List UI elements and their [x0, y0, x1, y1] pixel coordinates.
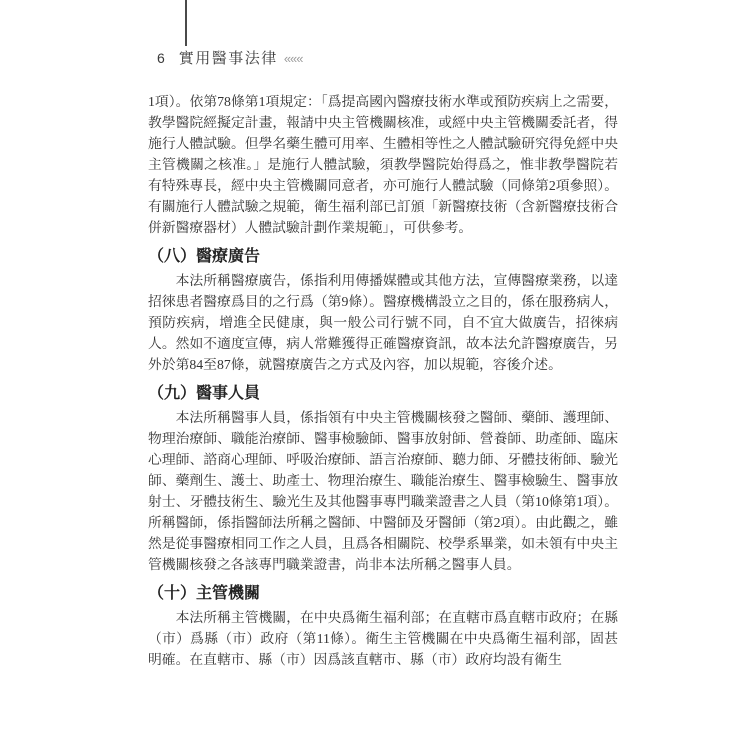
section-heading-competent-authority: （十）主管機關	[148, 583, 618, 605]
paragraph-human-trials-continuation: 1項）。依第78條第1項規定：「爲提高國內醫療技術水準或預防疾病上之需要，教學醫…	[148, 91, 618, 238]
section-paragraph-competent-authority: 本法所稱主管機關，在中央爲衛生福利部；在直轄市爲直轄市政府；在縣（市）爲縣（市）…	[148, 607, 618, 670]
page-content: 1項）。依第78條第1項規定：「爲提高國內醫療技術水準或預防疾病上之需要，教學醫…	[148, 91, 618, 670]
section-paragraph-medical-personnel: 本法所稱醫事人員，係指領有中央主管機關核發之醫師、藥師、護理師、物理治療師、職能…	[148, 407, 618, 575]
book-title: 實用醫事法律	[179, 47, 278, 68]
section-heading-medical-personnel: （九）醫事人員	[148, 383, 618, 405]
section-competent-authority: （十）主管機關 本法所稱主管機關，在中央爲衛生福利部；在直轄市爲直轄市政府；在縣…	[148, 583, 618, 670]
page-header: 6 實用醫事法律 «««	[157, 47, 303, 68]
section-heading-medical-advertising: （八）醫療廣告	[148, 246, 618, 268]
section-medical-personnel: （九）醫事人員 本法所稱醫事人員，係指領有中央主管機關核發之醫師、藥師、護理師、…	[148, 383, 618, 575]
section-medical-advertising: （八）醫療廣告 本法所稱醫療廣告，係指利用傳播媒體或其他方法，宣傳醫療業務，以達…	[148, 246, 618, 375]
header-guillemets-icon: «««	[284, 51, 303, 66]
page-number: 6	[157, 50, 165, 66]
header-vertical-rule	[185, 0, 187, 46]
section-paragraph-medical-advertising: 本法所稱醫療廣告，係指利用傳播媒體或其他方法，宣傳醫療業務，以達招徠患者醫療爲目…	[148, 270, 618, 375]
book-page: 6 實用醫事法律 ««« 1項）。依第78條第1項規定：「爲提高國內醫療技術水準…	[0, 0, 750, 750]
